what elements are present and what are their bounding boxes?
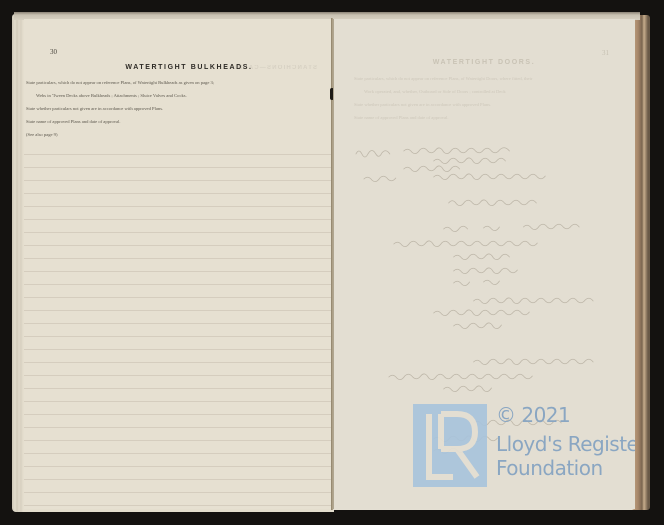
watermark-text: © 2021 Lloyd's Register Foundation	[496, 404, 635, 478]
left-page-header-area	[24, 19, 331, 154]
instruction-line: State name of approved Plans and date of…	[26, 119, 121, 124]
lr-logo-icon	[413, 404, 487, 487]
watermark-clip: © 2021 Lloyd's Register Foundation	[413, 404, 635, 494]
copyright-year: © 2021	[496, 405, 635, 425]
left-page: 30 STANCHIONS—CASINGS. WATERTIGHT BULKHE…	[24, 19, 332, 509]
left-page-heading: WATERTIGHT BULKHEADS.	[74, 64, 304, 71]
instruction-line: Webs in 'Tween Decks above Bulkheads ; A…	[36, 93, 187, 98]
ledger-book: 30 STANCHIONS—CASINGS. WATERTIGHT BULKHE…	[0, 0, 664, 525]
instruction-line: State whether particulars not given are …	[26, 106, 163, 111]
left-page-number: 30	[50, 48, 57, 56]
instruction-line: State particulars, which do not appear o…	[26, 80, 214, 85]
organisation-foundation: Foundation	[496, 458, 635, 478]
instruction-line: (See also page 9)	[26, 132, 58, 137]
organisation-name: Lloyd's Register	[496, 434, 635, 454]
lloyds-register-watermark: © 2021 Lloyd's Register Foundation	[413, 404, 635, 487]
